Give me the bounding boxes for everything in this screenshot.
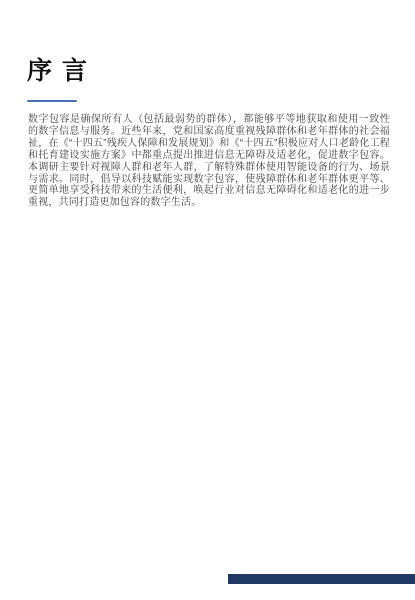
- footer-accent-bar: [228, 574, 415, 584]
- title-underline: [27, 100, 77, 102]
- page-title: 序言: [27, 56, 97, 86]
- document-page: 序言 数字包容是确保所有人（包括最弱势的群体），都能够平等地获取和使用一致性的数…: [0, 0, 415, 600]
- preface-paragraph: 数字包容是确保所有人（包括最弱势的群体），都能够平等地获取和使用一致性的数字信息…: [28, 114, 390, 209]
